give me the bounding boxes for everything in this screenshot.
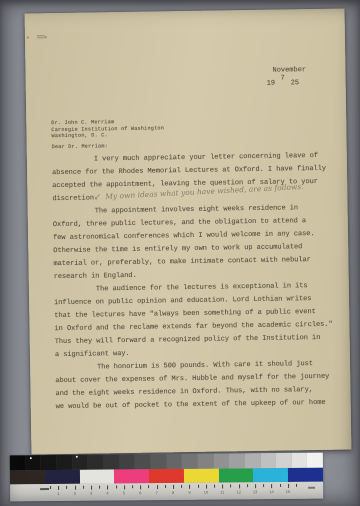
grayscale-step xyxy=(10,455,26,470)
ruler-tick xyxy=(255,484,256,488)
ruler-tick xyxy=(58,486,59,490)
ruler-marking xyxy=(40,488,49,490)
ruler-tick xyxy=(66,486,67,489)
color-patch xyxy=(288,468,323,482)
ruler-number: 3 xyxy=(90,491,92,496)
ruler-number: 10 xyxy=(204,490,208,495)
ruler-end-marking xyxy=(308,487,315,489)
color-patch xyxy=(184,469,219,483)
ruler-tick xyxy=(206,485,207,489)
dust-speck xyxy=(30,457,32,459)
grayscale-step xyxy=(213,453,229,468)
ruler-tick xyxy=(271,484,272,488)
ruler-number: 1 xyxy=(57,491,59,496)
ruler-tick xyxy=(83,486,84,489)
grayscale-step xyxy=(229,453,245,468)
date-year-prefix: 19 xyxy=(267,80,276,88)
ruler-tick xyxy=(247,484,248,487)
ruler-tick xyxy=(91,486,92,490)
ruler-tick xyxy=(230,484,231,487)
grayscale-step xyxy=(104,454,120,469)
ruler-tick xyxy=(107,486,108,490)
grayscale-step xyxy=(245,453,261,468)
grayscale-step xyxy=(182,454,198,469)
ruler-number: 2 xyxy=(74,491,76,496)
letter-paper: November 19 7 25 Dr. John C. MerriamCarn… xyxy=(25,9,352,455)
grayscale-step xyxy=(166,454,182,469)
date-year-line: 19 7 25 xyxy=(267,77,313,90)
ruler-number: 11 xyxy=(220,489,224,494)
color-patch xyxy=(10,470,45,484)
ruler-number: 14 xyxy=(269,489,273,494)
ruler-number: 4 xyxy=(106,491,108,496)
grayscale-step xyxy=(41,455,57,470)
pencil-mark xyxy=(45,36,47,38)
ruler-tick xyxy=(132,485,133,488)
ruler-tick xyxy=(50,486,51,489)
grayscale-step xyxy=(88,455,104,470)
checkmark: ✓ xyxy=(93,192,100,201)
ruler-tick xyxy=(116,485,117,488)
ruler-tick xyxy=(288,484,289,488)
color-patch xyxy=(253,468,288,482)
ruler-number: 5 xyxy=(123,490,125,495)
ruler-tick xyxy=(157,485,158,489)
calibration-target: 123456789101112131415 xyxy=(10,453,323,502)
ruler-tick xyxy=(214,485,215,488)
pencil-mark xyxy=(27,36,29,38)
color-patch xyxy=(149,469,184,483)
salutation: Dear Dr. Merriam: xyxy=(52,143,108,150)
color-patch xyxy=(79,469,114,483)
ruler-tick xyxy=(189,485,190,489)
ruler-tick xyxy=(222,485,223,489)
ruler-tick xyxy=(198,485,199,488)
color-patch xyxy=(219,468,254,482)
grayscale-step xyxy=(276,453,292,468)
ruler-number: 8 xyxy=(172,490,174,495)
grayscale-step xyxy=(151,454,167,469)
ruler-tick xyxy=(140,485,141,489)
grayscale-step xyxy=(119,454,135,469)
ruler-tick xyxy=(148,485,149,488)
grayscale-step xyxy=(307,453,323,468)
ruler-tick xyxy=(99,486,100,489)
date-block: November 19 7 25 xyxy=(266,66,312,90)
grayscale-step xyxy=(135,454,151,469)
pencil-mark xyxy=(37,35,45,36)
ruler-number: 15 xyxy=(286,489,290,494)
ruler-tick xyxy=(181,485,182,488)
color-patch xyxy=(45,470,80,484)
ruler: 123456789101112131415 xyxy=(10,482,323,502)
color-patch xyxy=(114,469,149,483)
address-line: Washington, D. C. xyxy=(51,131,164,139)
grayscale-step xyxy=(260,453,276,468)
grayscale-step xyxy=(57,455,73,470)
ruler-tick xyxy=(124,485,125,489)
grayscale-step xyxy=(25,455,41,470)
ruler-tick xyxy=(280,484,281,487)
ruler-number: 12 xyxy=(236,489,240,494)
grayscale-step xyxy=(72,455,88,470)
date-month: November xyxy=(266,66,312,75)
ruler-number: 13 xyxy=(253,489,257,494)
date-day: 7 xyxy=(281,74,285,82)
scanned-letter-photo: November 19 7 25 Dr. John C. MerriamCarn… xyxy=(0,0,360,506)
date-year-suffix: 25 xyxy=(291,79,300,87)
ruler-tick xyxy=(173,485,174,489)
grayscale-wedge xyxy=(10,453,323,471)
ruler-tick xyxy=(239,484,240,488)
grayscale-step xyxy=(198,454,214,469)
ruler-tick xyxy=(165,485,166,488)
dust-speck xyxy=(76,456,78,458)
ruler-number: 7 xyxy=(156,490,158,495)
ruler-number: 6 xyxy=(139,490,141,495)
recipient-address: Dr. John C. MerriamCarnegie Institution … xyxy=(51,118,164,139)
ruler-tick xyxy=(75,486,76,490)
ruler-number: 9 xyxy=(188,490,190,495)
ruler-tick xyxy=(263,484,264,487)
grayscale-step xyxy=(292,453,308,468)
ruler-tick xyxy=(296,484,297,487)
